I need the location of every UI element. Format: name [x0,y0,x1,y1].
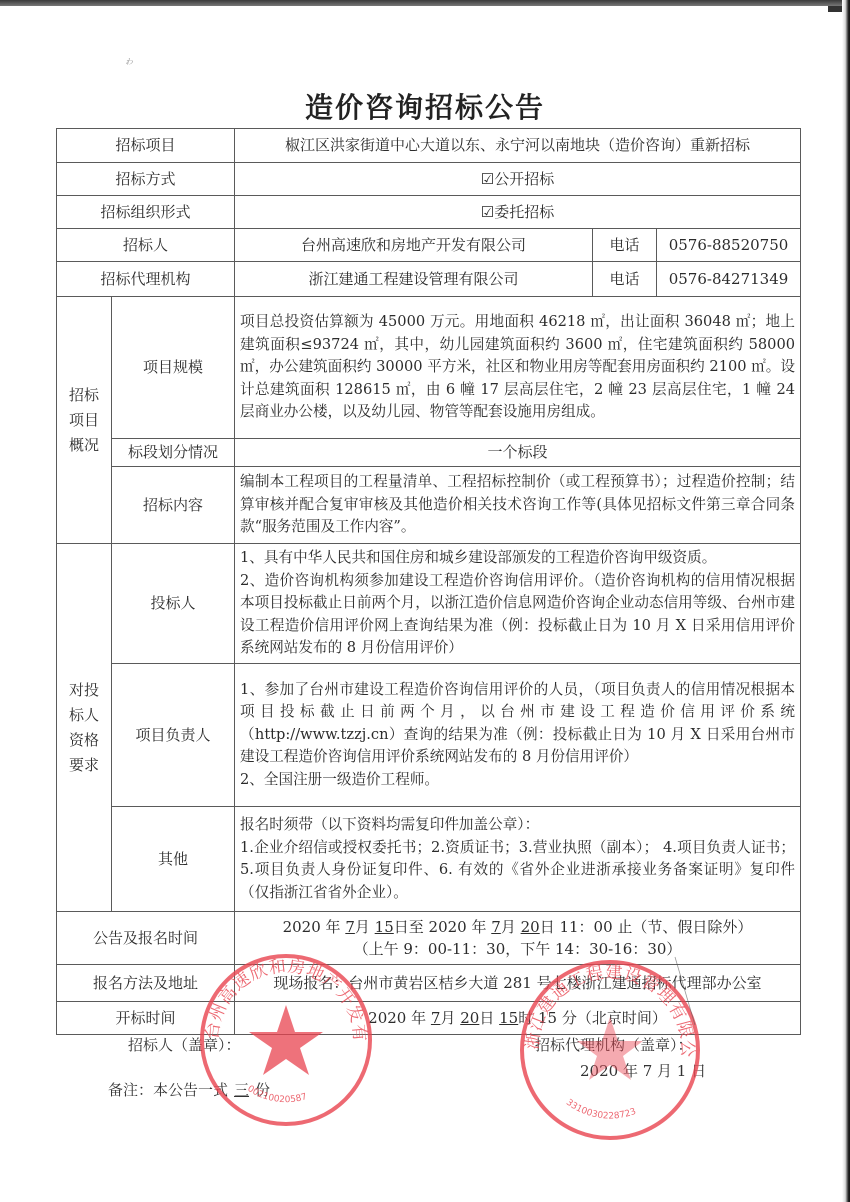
row-project-leader: 项目负责人 1、参加了台州市建设工程造价咨询信用评价的人员，（项目负责人的信用情… [57,664,801,807]
label-sections: 标段划分情况 [112,439,235,467]
row-opening-time: 开标时间 2020 年 7月 20日 15时 15 分（北京时间） [57,1002,801,1035]
value-scale: 项目总投资估算额为 45000 万元。用地面积 46218 ㎡，出让面积 360… [235,297,801,439]
value-other: 报名时须带（以下资料均需复印件加盖公章）： 1.企业介绍信或授权委托书；2.资质… [235,807,801,912]
row-organization: 招标组织形式 ☑委托招标 [57,196,801,229]
value-sections: 一个标段 [235,439,801,467]
value-project: 椒江区洪家街道中心大道以东、永宁河以南地块（造价咨询）重新招标 [235,129,801,163]
value-organization: ☑委托招标 [235,196,801,229]
margin-mark: ゎ [124,52,134,67]
label-project: 招标项目 [57,129,235,163]
value-tenderer-phone: 0576-88520750 [657,229,801,262]
remark: 备注：本公告一式三份 [108,1079,270,1100]
label-opening-time: 开标时间 [57,1002,235,1035]
row-agency: 招标代理机构 浙江建通工程建设管理有限公司 电话 0576-84271349 [57,262,801,297]
scan-edge [0,0,850,6]
value-bidder: 1、具有中华人民共和国住房和城乡建设部颁发的工程造价咨询甲级资质。 2、造价咨询… [235,544,801,664]
value-method: ☑公开招标 [235,163,801,196]
label-agency-phone: 电话 [593,262,657,297]
label-bidder: 投标人 [112,544,235,664]
row-content: 招标内容 编制本工程项目的工程量清单、工程招标控制价（或工程预算书）；过程造价控… [57,467,801,544]
label-method: 招标方式 [57,163,235,196]
row-announcement-time: 公告及报名时间 2020 年 7月 15日至 2020 年 7月 20日 11：… [57,912,801,965]
document-title: 造价咨询招标公告 [0,86,850,126]
label-project-leader: 项目负责人 [112,664,235,807]
tenderer-seal-label: 招标人（盖章）： [128,1034,241,1055]
value-project-leader: 1、参加了台州市建设工程造价咨询信用评价的人员，（项目负责人的信用情况根据本项目… [235,664,801,807]
signature-date: 2020 年 7 月 1 日 [580,1060,706,1081]
label-other: 其他 [112,807,235,912]
scan-edge [842,0,850,1202]
group-label-overview: 招标 项目 概况 [57,297,112,544]
label-agency: 招标代理机构 [57,262,235,297]
label-scale: 项目规模 [112,297,235,439]
label-tenderer-phone: 电话 [593,229,657,262]
value-agency: 浙江建通工程建设管理有限公司 [235,262,593,297]
svg-text:3310030228723: 3310030228723 [564,1098,638,1122]
group-label-qualifications: 对投 标人 资格 要求 [57,544,112,912]
value-opening-time: 2020 年 7月 20日 15时 15 分（北京时间） [235,1002,801,1035]
row-bidder: 对投 标人 资格 要求 投标人 1、具有中华人民共和国住房和城乡建设部颁发的工程… [57,544,801,664]
label-content: 招标内容 [112,467,235,544]
agency-seal-label: 招标代理机构（盖章）： [535,1034,693,1055]
row-project: 招标项目 椒江区洪家街道中心大道以东、永宁河以南地块（造价咨询）重新招标 [57,129,801,163]
value-agency-phone: 0576-84271349 [657,262,801,297]
value-tenderer: 台州高速欣和房地产开发有限公司 [235,229,593,262]
row-sections: 标段划分情况 一个标段 [57,439,801,467]
row-method: 招标方式 ☑公开招标 [57,163,801,196]
announcement-table: 招标项目 椒江区洪家街道中心大道以东、永宁河以南地块（造价咨询）重新招标 招标方… [56,128,801,1035]
row-tenderer: 招标人 台州高速欣和房地产开发有限公司 电话 0576-88520750 [57,229,801,262]
row-registration: 报名方法及地址 现场报名：台州市黄岩区桔乡大道 281 号七楼浙江建通招标代理部… [57,965,801,1002]
value-announcement-time: 2020 年 7月 15日至 2020 年 7月 20日 11：00 止（节、假… [235,912,801,965]
value-content: 编制本工程项目的工程量清单、工程招标控制价（或工程预算书）；过程造价控制；结算审… [235,467,801,544]
label-tenderer: 招标人 [57,229,235,262]
label-organization: 招标组织形式 [57,196,235,229]
label-registration: 报名方法及地址 [57,965,235,1002]
value-registration: 现场报名：台州市黄岩区桔乡大道 281 号七楼浙江建通招标代理部办公室 [235,965,801,1002]
row-scale: 招标 项目 概况 项目规模 项目总投资估算额为 45000 万元。用地面积 46… [57,297,801,439]
label-announcement-time: 公告及报名时间 [57,912,235,965]
row-other: 其他 报名时须带（以下资料均需复印件加盖公章）： 1.企业介绍信或授权委托书；2… [57,807,801,912]
scan-edge [828,6,842,12]
